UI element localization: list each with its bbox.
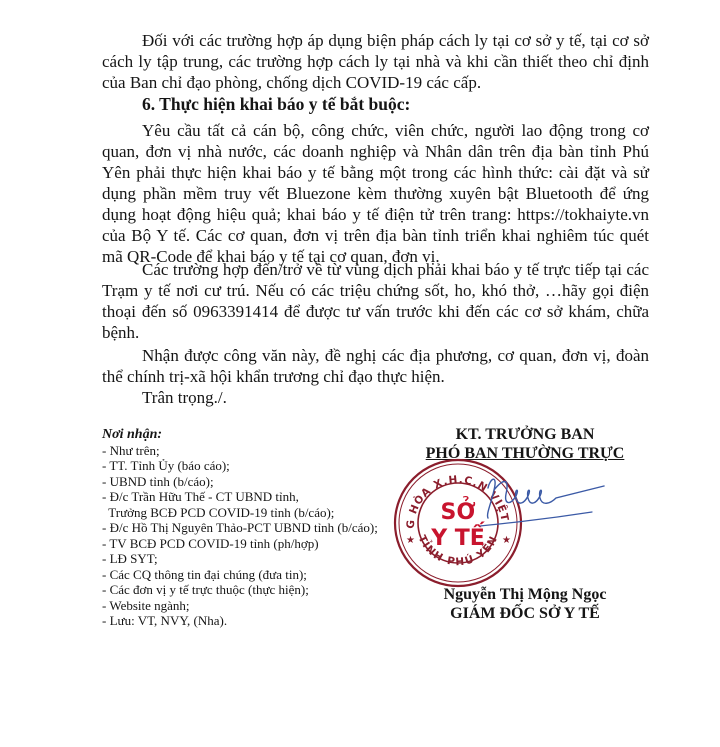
paragraph-medical-declaration: Yêu cầu tất cả cán bộ, công chức, viên c… [102, 120, 649, 267]
document-body-4: Nhận được công văn này, đề nghị các địa … [102, 345, 649, 408]
recipient-item: - Các CQ thông tin đại chúng (đưa tin); [102, 567, 378, 583]
svg-text:SỞ: SỞ [440, 497, 475, 525]
document-page: Đối với các trường hợp áp dụng biện pháp… [0, 0, 720, 747]
document-body: Đối với các trường hợp áp dụng biện pháp… [102, 30, 649, 93]
recipient-item: Trưởng BCĐ PCD COVID-19 tỉnh (b/cáo); [102, 505, 378, 521]
recipient-item: - TV BCĐ PCD COVID-19 tỉnh (ph/hợp) [102, 536, 378, 552]
document-body-2: Yêu cầu tất cả cán bộ, công chức, viên c… [102, 120, 649, 267]
recipient-item: - Đ/c Hồ Thị Nguyên Thảo-PCT UBND tỉnh (… [102, 520, 378, 536]
recipient-item: - Website ngành; [102, 598, 378, 614]
recipients-list: Nơi nhận: - Như trên; - TT. Tỉnh Ủy (báo… [102, 427, 378, 629]
handwritten-signature-icon [480, 470, 610, 540]
paragraph-epidemic-return: Các trường hợp đến/trở về từ vùng dịch p… [102, 259, 649, 343]
document-body-3: Các trường hợp đến/trở về từ vùng dịch p… [102, 259, 649, 343]
recipients-title: Nơi nhận: [102, 427, 378, 443]
signer-name: Nguyễn Thị Mộng Ngọc [400, 585, 650, 604]
recipient-item: - Như trên; [102, 443, 378, 459]
paragraph-isolation: Đối với các trường hợp áp dụng biện pháp… [102, 30, 649, 93]
section-6-heading: 6. Thực hiện khai báo y tế bắt buộc: [142, 94, 410, 115]
signer-block: Nguyễn Thị Mộng Ngọc GIÁM ĐỐC SỞ Y TẾ [400, 585, 650, 623]
recipient-item: - LĐ SYT; [102, 551, 378, 567]
recipient-item: - Đ/c Trần Hữu Thế - CT UBND tỉnh, [102, 489, 378, 505]
svg-text:Y TẾ: Y TẾ [430, 522, 486, 551]
recipient-item: - UBND tỉnh (b/cáo); [102, 474, 378, 490]
signer-title: GIÁM ĐỐC SỞ Y TẾ [400, 604, 650, 623]
recipient-item: - TT. Tỉnh Ủy (báo cáo); [102, 458, 378, 474]
svg-text:★: ★ [406, 535, 415, 546]
recipient-item: - Các đơn vị y tế trực thuộc (thực hiện)… [102, 582, 378, 598]
closing-text: Trân trọng./. [102, 387, 649, 408]
signature-line-1: KT. TRƯỞNG BAN [400, 425, 650, 444]
recipient-item: - Lưu: VT, NVY, (Nha). [102, 613, 378, 629]
paragraph-request: Nhận được công văn này, đề nghị các địa … [102, 345, 649, 387]
